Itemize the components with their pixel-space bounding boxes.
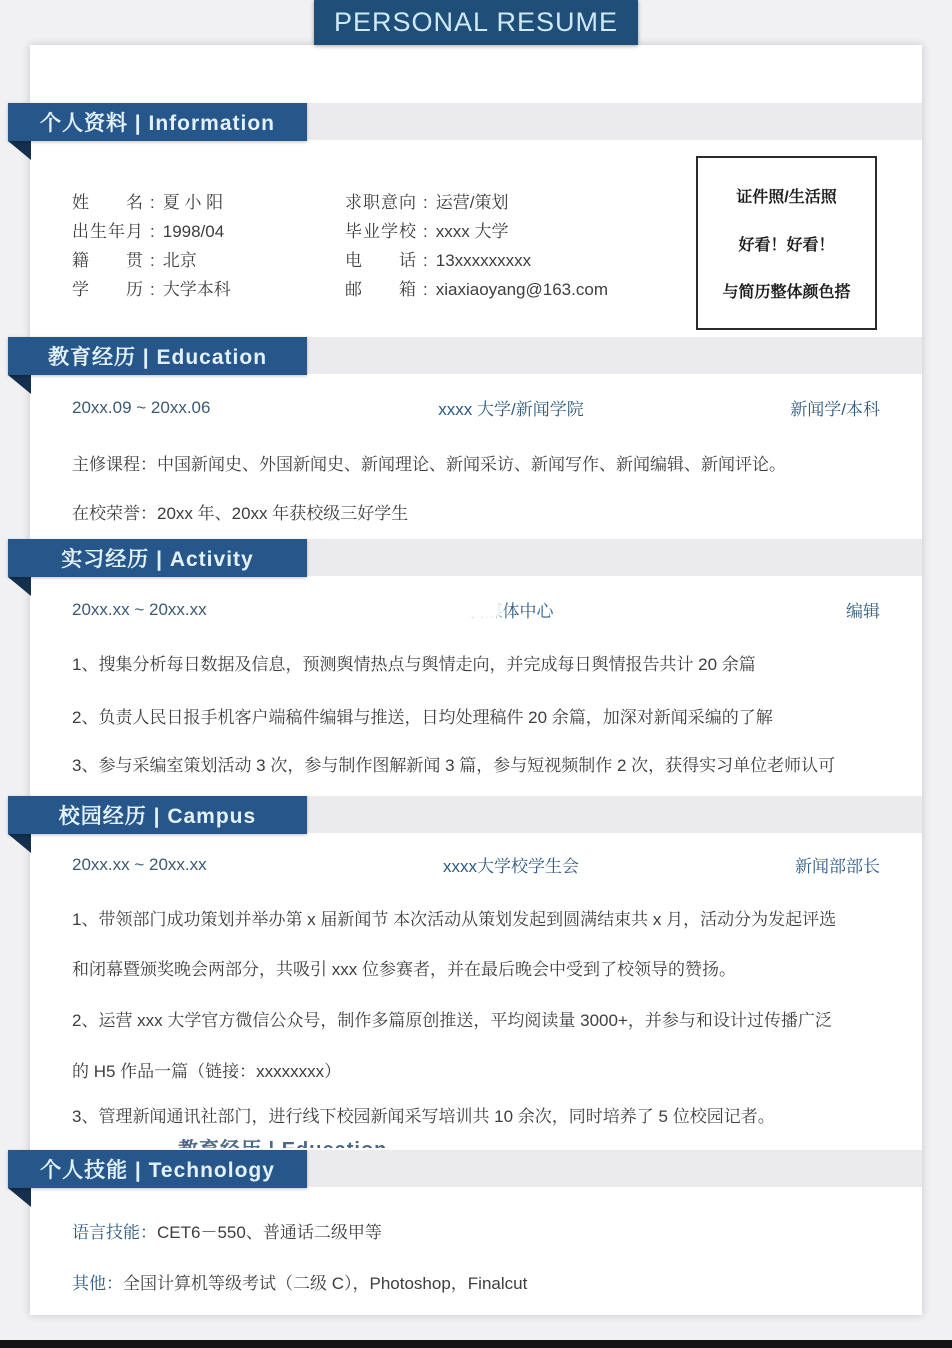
campus-period: 20xx.xx ~ 20xx.xx — [72, 855, 292, 875]
education-honors-line: 在校荣誉：20xx 年、20xx 年获校级三好学生 — [72, 499, 408, 524]
campus-bullet: 3、管理新闻通讯社部门，进行线下校园新闻采写培训共 10 余次，同时培养了 5 … — [72, 1102, 775, 1127]
section-header-education: 教育经历 | Education — [8, 337, 307, 375]
page-title: PERSONAL RESUME — [314, 0, 638, 45]
field-label: 出生年月 — [72, 217, 144, 242]
header-band — [307, 539, 922, 576]
field-separator: : — [144, 193, 163, 212]
info-field-phone: 电 话:13xxxxxxxxx — [345, 246, 531, 271]
section-heading-label: 个人技能 | Technology — [40, 1154, 275, 1184]
skill-text: 全国计算机等级考试（二级 C），Photoshop，Finalcut — [123, 1274, 527, 1293]
field-label: 毕业学校 — [345, 217, 417, 242]
field-separator: : — [144, 280, 163, 299]
field-value: xiaxiaoyang@163.com — [436, 280, 608, 299]
campus-bullet: 和闭幕暨颁奖晚会两部分，共吸引 xxx 位参赛者，并在最后晚会中受到了校领导的赞… — [72, 955, 736, 980]
photo-note-line: 好看！好看！ — [704, 232, 869, 255]
campus-role: 新闻部部长 — [730, 852, 880, 877]
photo-placeholder: 证件照/生活照 好看！好看！ 与简历整体颜色搭 — [696, 156, 877, 330]
resume-document: PERSONAL RESUME 个人资料 | Information 姓 名:夏… — [0, 0, 952, 1348]
education-period: 20xx.09 ~ 20xx.06 — [72, 398, 292, 418]
ribbon-fold — [8, 141, 31, 160]
field-value: xxxx 大学 — [436, 222, 509, 241]
ribbon-fold — [8, 1188, 31, 1207]
info-field-school: 毕业学校:xxxx 大学 — [345, 217, 508, 242]
photo-note-line: 证件照/生活照 — [704, 184, 869, 207]
activity-bullet: 2、负责人民日报手机客户端稿件编辑与推送，日均处理稿件 20 余篇，加深对新闻采… — [72, 703, 773, 728]
field-label: 电 话 — [345, 246, 417, 271]
ribbon-fold — [8, 834, 31, 853]
section-heading-label: 教育经历 | Education — [48, 341, 267, 371]
info-field-degree: 学 历:大学本科 — [72, 275, 231, 300]
field-separator: : — [417, 193, 436, 212]
campus-bullet: 的 H5 作品一篇（链接：xxxxxxxx） — [72, 1057, 341, 1082]
info-field-birth: 出生年月:1998/04 — [72, 217, 224, 242]
skill-other-line: 其他：全国计算机等级考试（二级 C），Photoshop，Finalcut — [72, 1269, 527, 1294]
info-field-email: 邮 箱:xiaxiaoyang@163.com — [345, 275, 608, 300]
ghost-header-artifact: 教育经历 | Education — [178, 1133, 608, 1148]
header-band — [307, 796, 922, 833]
redaction-blur — [408, 592, 498, 616]
section-header-campus: 校园经历 | Campus — [8, 796, 307, 834]
campus-organization: xxxx大学校学生会 — [292, 852, 730, 877]
activity-period: 20xx.xx ~ 20xx.xx — [72, 600, 292, 620]
section-heading-label: 实习经历 | Activity — [61, 543, 253, 573]
field-value: 北京 — [163, 251, 197, 270]
header-band — [307, 103, 922, 140]
campus-summary-row: 20xx.xx ~ 20xx.xx xxxx大学校学生会 新闻部部长 — [72, 852, 880, 877]
skill-label: 语言技能： — [72, 1223, 157, 1242]
info-field-hometown: 籍 贯:北京 — [72, 246, 197, 271]
field-separator: : — [417, 251, 436, 270]
field-separator: : — [417, 222, 436, 241]
skill-language-line: 语言技能：CET6－550、普通话二级甲等 — [72, 1218, 382, 1243]
campus-bullet: 1、带领部门成功策划并举办第 x 届新闻节 本次活动从策划发起到圆满结束共 x … — [72, 905, 836, 930]
section-heading-label: 校园经历 | Campus — [59, 800, 256, 830]
section-header-information: 个人资料 | Information — [8, 103, 307, 141]
info-field-name: 姓 名:夏 小 阳 — [72, 188, 223, 213]
photo-note-line: 与简历整体颜色搭 — [704, 279, 869, 302]
education-courses-line: 主修课程：中国新闻史、外国新闻史、新闻理论、新闻采访、新闻写作、新闻编辑、新闻评… — [72, 450, 786, 475]
header-band — [307, 337, 922, 374]
section-heading-label: 个人资料 | Information — [40, 107, 275, 137]
header-band — [307, 1150, 922, 1187]
ribbon-fold — [8, 375, 31, 394]
education-organization: xxxx 大学/新闻学院 — [292, 395, 730, 420]
field-value: 夏 小 阳 — [163, 193, 223, 212]
education-summary-row: 20xx.09 ~ 20xx.06 xxxx 大学/新闻学院 新闻学/本科 — [72, 395, 880, 420]
skill-text: CET6－550、普通话二级甲等 — [157, 1223, 382, 1242]
section-header-activity: 实习经历 | Activity — [8, 539, 307, 577]
activity-organization: 新媒体中心 — [292, 597, 730, 622]
field-value: 大学本科 — [163, 280, 231, 299]
activity-role: 编辑 — [730, 597, 880, 622]
field-label: 学 历 — [72, 275, 144, 300]
activity-bullet: 3、参与采编室策划活动 3 次，参与制作图解新闻 3 篇，参与短视频制作 2 次… — [72, 751, 835, 776]
field-separator: : — [144, 222, 163, 241]
info-field-objective: 求职意向:运营/策划 — [345, 188, 508, 213]
field-value: 运营/策划 — [436, 193, 509, 212]
field-label: 姓 名 — [72, 188, 144, 213]
field-value: 1998/04 — [163, 222, 224, 241]
activity-bullet: 1、搜集分析每日数据及信息，预测舆情热点与舆情走向，并完成每日舆情报告共计 20… — [72, 650, 756, 675]
skill-label: 其他： — [72, 1274, 123, 1293]
field-separator: : — [144, 251, 163, 270]
field-separator: : — [417, 280, 436, 299]
campus-bullet: 2、运营 xxx 大学官方微信公众号，制作多篇原创推送，平均阅读量 3000+，… — [72, 1006, 832, 1031]
bottom-edge-bar — [0, 1340, 952, 1348]
field-value: 13xxxxxxxxx — [436, 251, 531, 270]
field-label: 邮 箱 — [345, 275, 417, 300]
ribbon-fold — [8, 577, 31, 596]
section-header-technology: 个人技能 | Technology — [8, 1150, 307, 1188]
field-label: 求职意向 — [345, 188, 417, 213]
education-major: 新闻学/本科 — [730, 395, 880, 420]
field-label: 籍 贯 — [72, 246, 144, 271]
